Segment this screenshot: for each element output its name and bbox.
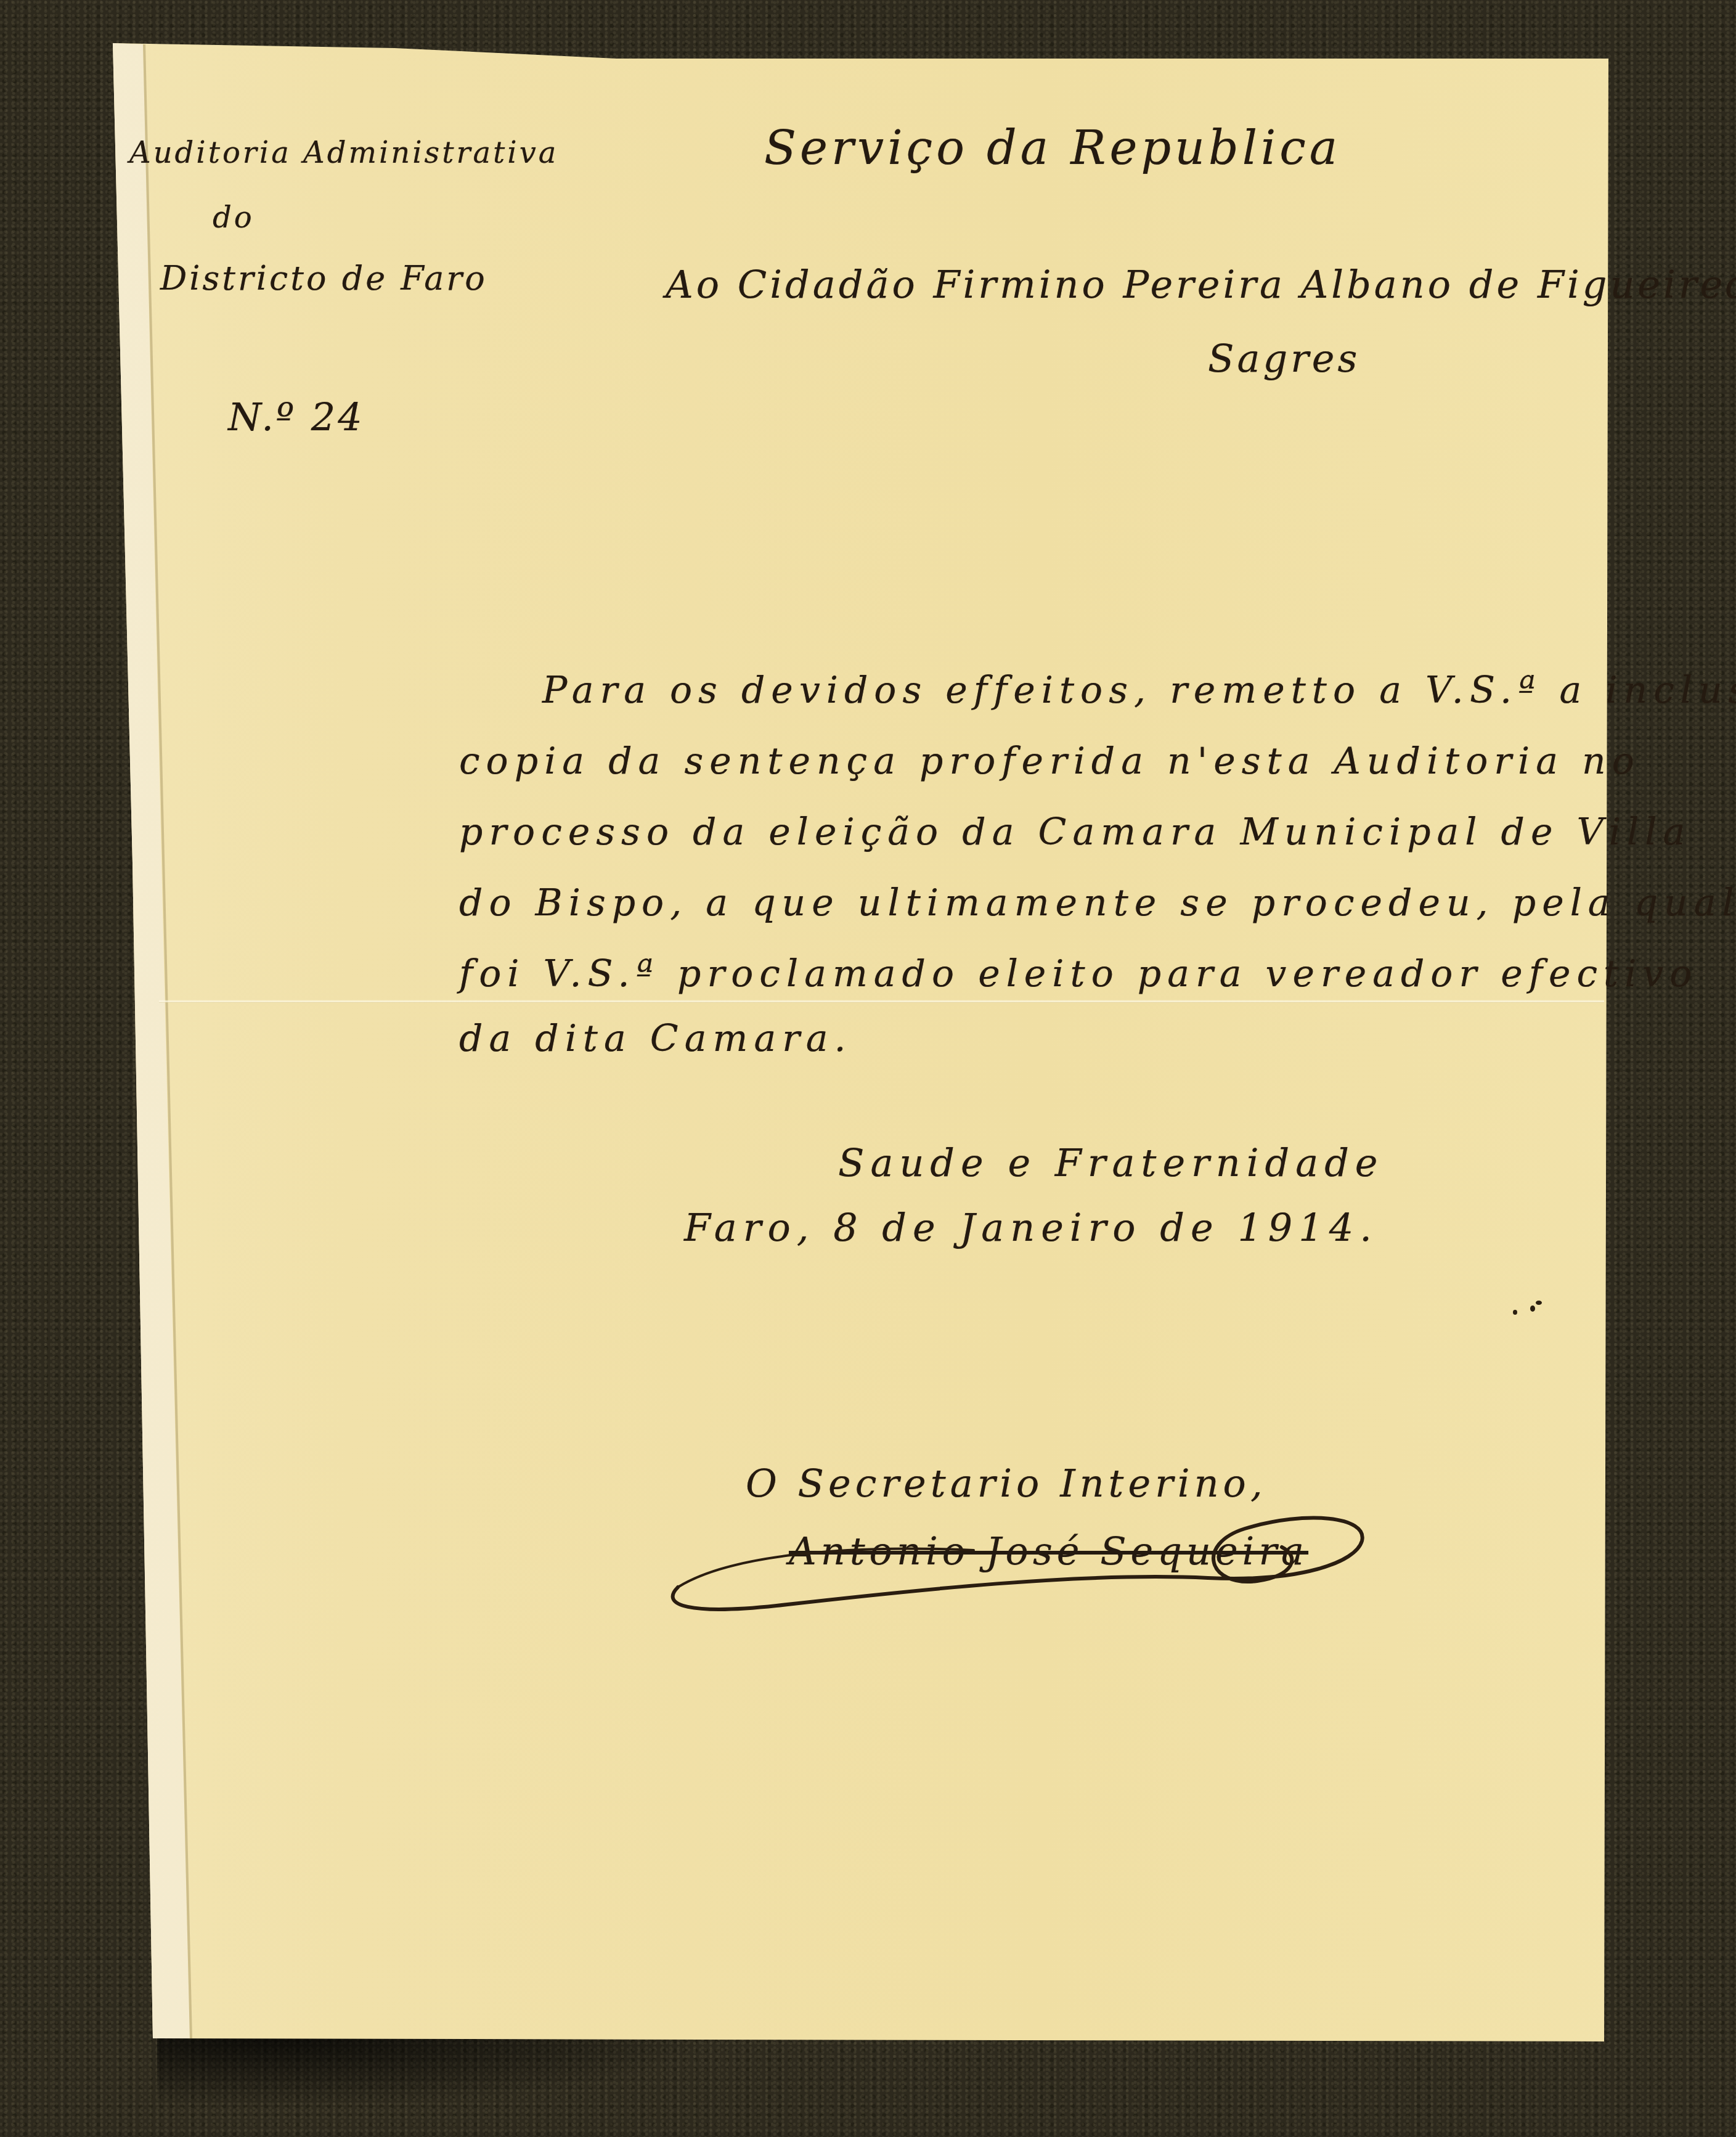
letterhead-line-2: do	[213, 200, 255, 235]
body-line-5: foi V.S.ª proclamado eleito para vereado…	[459, 952, 1698, 995]
body-line-3: processo da eleição da Camara Municipal …	[459, 811, 1691, 854]
date-line: Faro, 8 de Janeiro de 1914.	[684, 1205, 1378, 1250]
document-title: Serviço da Republica	[764, 120, 1341, 175]
body-line-6: da dita Camara.	[459, 1017, 852, 1060]
ink-speck	[1513, 1310, 1517, 1315]
addressee-name: Ao Cidadão Firmino Pereira Albano de Fig…	[666, 262, 1736, 307]
body-line-4: do Bispo, a que ultimamente se procedeu,…	[459, 881, 1736, 925]
horizontal-fold-crease	[159, 1000, 1604, 1003]
body-line-2: copia da sentença proferida n'esta Audit…	[459, 740, 1640, 783]
ink-speck	[1536, 1301, 1542, 1305]
ink-speck	[1530, 1305, 1535, 1312]
document-number: N.º 24	[228, 394, 365, 439]
letterhead-line-1: Auditoria Administrativa	[129, 136, 558, 170]
body-line-1: Para os devidos effeitos, remetto a V.S.…	[542, 669, 1736, 712]
letter-paper	[0, 0, 1736, 2137]
letterhead-line-3: Districto de Faro	[160, 259, 487, 298]
closing-salutation: Saude e Fraternidade	[838, 1140, 1384, 1185]
signatory-title: O Secretario Interino,	[746, 1461, 1267, 1506]
paper-shadow	[157, 2034, 712, 2108]
signature-flourish-icon	[653, 1513, 1380, 1612]
addressee-place: Sagres	[1208, 336, 1360, 381]
